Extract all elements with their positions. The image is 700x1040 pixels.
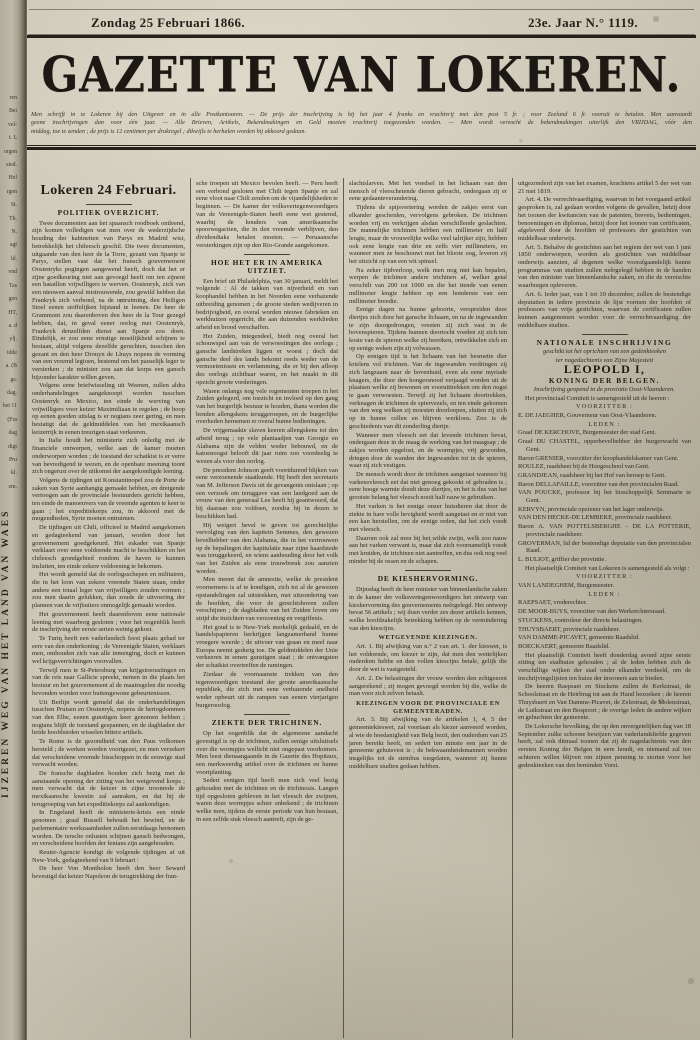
- margin-fragment: rgen: [0, 186, 17, 199]
- text-block: Wanneer men vleesch eet dat levende tric…: [349, 432, 507, 471]
- masthead-heavy-rule: [27, 35, 696, 38]
- text-block: In Engeland heeft de ministerie-krisis e…: [32, 809, 185, 848]
- text-block: HOE HET ER IN AMERIKA UITZIET.: [196, 259, 338, 274]
- text-block: Het wordt gemeld dat de oorlogsschepen e…: [32, 571, 185, 610]
- text-block: Op het oogenblik dat de algemeene aandac…: [196, 730, 338, 776]
- text-block: Eenige dagen na hunne geboorte, versprei…: [349, 306, 507, 352]
- text-block: De Lokersche bevolking, die op den onver…: [518, 723, 691, 769]
- issue-number: 23e. Jaar N.° 1119.: [528, 15, 638, 31]
- margin-fragment: Hel: [0, 172, 17, 185]
- text-block: RAEPSAET, vrederechter.: [518, 599, 691, 607]
- text-block: De president Johnson geeft voortdurend b…: [196, 467, 338, 521]
- text-block: In Italie houdt het ministerie zich onle…: [32, 437, 185, 476]
- text-block: De vrijgemaakte slaven keeren allengsken…: [196, 427, 338, 466]
- text-block: Volgens de tijdingen uit Konstantinopel …: [32, 477, 185, 523]
- margin-fragment: vel-: [0, 119, 17, 132]
- text-block: Lokeren 24 Februari.: [32, 182, 185, 199]
- text-block: DE KIESHERVORMING.: [349, 575, 507, 583]
- text-block: Art. 4. De verrechtvaardiging, waarvan i…: [518, 196, 691, 242]
- notice-line: middag, toe te zenden ; de prijs is 12 c…: [31, 128, 692, 136]
- text-block: L. BULIOT, griffier der provintie.: [518, 556, 691, 564]
- text-block: Art. 1. Bij afwijking van n.° 2 van art.…: [349, 643, 507, 674]
- text-block: KONING DER BELGEN.: [518, 377, 691, 385]
- text-block: Reuter-Agencie kondigt de volgende tijdi…: [32, 849, 185, 864]
- text-block: VAN POUCKE, professor bij het bisschoppe…: [518, 489, 691, 504]
- text-block: Het plaatselijk Comiteit heeft donderdag…: [518, 652, 691, 683]
- text-block: Twee documenten aan het spaansch roodboe…: [32, 220, 185, 382]
- text-block: Dijnsdag heeft de heer minister van binn…: [349, 586, 507, 632]
- text-block: VAN LANDEGHEM, Burgemeester.: [518, 582, 691, 590]
- text-block: BOECKAERT, gemeente Raadslid.: [518, 643, 691, 651]
- margin-fragment: HT,: [0, 307, 17, 320]
- margin-fragment: ld.: [0, 253, 17, 266]
- text-block: Uit Berlijn wordt gemeld dat de onderhan…: [32, 699, 185, 738]
- text-block: ZIEKTE DER TRICHINEN.: [196, 719, 338, 727]
- text-block: WETGEVENDE KIEZINGEN.: [349, 634, 507, 642]
- text-block: [86, 204, 132, 205]
- text-block: POLITIEK OVERZICHT.: [32, 209, 185, 217]
- text-block: GROVERMAN, lid der bestendige deputatie …: [518, 540, 691, 555]
- text-block: De fransche dagbladen houden zich bezig …: [32, 770, 185, 809]
- margin-fragment: agt: [0, 239, 17, 252]
- text-block: Waren onlangs nog vele regementen troepe…: [196, 388, 338, 427]
- newspaper-page: renBeivel-t. Lorgensied.HelrgenSt.Th.N.a…: [0, 0, 700, 1040]
- text-block: slachtslarven. Met het voedsel in het li…: [349, 180, 507, 203]
- text-block: Inschrijving geopend in de provintie Oos…: [518, 386, 691, 394]
- text-block: VOORZITTER :: [518, 573, 691, 581]
- text-block: [405, 570, 451, 571]
- text-block: Art. 5. Behalve de gestichten aan het re…: [518, 244, 691, 290]
- margin-fragment: sied.: [0, 159, 17, 172]
- margin-fragment: Bei: [0, 105, 17, 118]
- text-block: De mensch wordt door de trichinen aanget…: [349, 471, 507, 502]
- text-block: Art. 3. Bij afwijking van de artikelen 1…: [349, 716, 507, 770]
- masthead-double-rule: [27, 145, 696, 150]
- margin-fragment: ylj.: [0, 333, 17, 346]
- text-block: Baron GRENIER, voorzitter der koophandel…: [518, 455, 691, 463]
- text-block: Ziedaar de voornaamste trekken van den t…: [196, 671, 338, 710]
- text-block: Te Rome is de gezondheid van den Paus vo…: [32, 738, 185, 769]
- margin-fragment: a. d: [0, 320, 17, 333]
- text-block: Graaf DE KERCHOVE, Burgemeester der stad…: [518, 429, 691, 437]
- text-block: GRANDJEAN, raadsheer bij het Hof van ber…: [518, 472, 691, 480]
- text-block: De heer Von Montholon heeft den heer Sew…: [32, 865, 185, 880]
- text-block: Het gouvernement heeft daarenboven eene …: [32, 611, 185, 634]
- text-block: THUYSBAERT, provinciale raadsheer.: [518, 626, 691, 634]
- margin-fragment: N.: [0, 226, 17, 239]
- text-block: Art. 6. Ieder jaar, van 1 tot 10 decembe…: [518, 291, 691, 330]
- notice-line: geene inschrijvingen dan voor één jaar. …: [31, 119, 692, 127]
- margin-fragment: orgen: [0, 146, 17, 159]
- margin-fragment: idde: [0, 347, 17, 360]
- newspaper-title: GAZETTE VAN LOKEREN.: [27, 46, 696, 105]
- text-block: LEDEN :: [518, 421, 691, 429]
- text-block: Terwijl men te St-Petersburg van krijgst…: [32, 667, 185, 698]
- text-block: NATIONALE INSCHRIJVING: [518, 339, 691, 347]
- text-block: DE MOOR-BUYS, voorzitter van den Werkrec…: [518, 608, 691, 616]
- text-block: De tijdingen uit Chili, officieel te Mad…: [32, 524, 185, 570]
- column-1: Lokeren 24 Februari.POLITIEK OVERZICHT.T…: [27, 178, 190, 1038]
- subscription-notice: Men schrijft in te Lokeren bij den Uitge…: [31, 111, 692, 136]
- text-block: Art. 2. De belastingen der vrouw worden …: [349, 675, 507, 698]
- text-block: Baron DELLAFAILLE, voorzitter van den pr…: [518, 481, 691, 489]
- text-block: KIEZINGEN VOOR DE PROVINCIALE EN GEMEENT…: [349, 700, 507, 715]
- text-block: [244, 714, 290, 715]
- column-3: slachtslarven. Met het voedsel in het li…: [343, 178, 512, 1038]
- masthead-date-row: Zondag 25 Februari 1866. 23e. Jaar N.° 1…: [27, 10, 696, 33]
- text-block: Het provinciaal Comiteit is samengesteld…: [518, 395, 691, 403]
- text-block: Het goud is te New-York merkelijk gedaal…: [196, 624, 338, 670]
- adjacent-page-strip: renBeivel-t. Lorgensied.HelrgenSt.Th.N.a…: [0, 0, 27, 1040]
- text-block: Daarom ook zal men bij het wilde zwijn, …: [349, 535, 507, 566]
- text-block: De heeren Raepsaet en Stuckens zullen de…: [518, 683, 691, 722]
- text-block: Tijdens de spijsvertering worden de zakj…: [349, 204, 507, 266]
- text-block: LEOPOLD I,: [518, 366, 691, 374]
- margin-fragment: St.: [0, 199, 17, 212]
- text-block: uitgezonderd zijn van het examen, kracht…: [518, 180, 691, 195]
- text-block: KERVYN, provinciale opziener van het lag…: [518, 506, 691, 514]
- text-block: LEDEN :: [518, 591, 691, 599]
- text-block: VAN DAMME-PICAVET, gemeente Raadslid.: [518, 634, 691, 642]
- column-2: sche troepen uit Mexico bevolen heeft. —…: [190, 178, 343, 1038]
- margin-fragment: Th.: [0, 213, 17, 226]
- margin-fragment: gen: [0, 293, 17, 306]
- text-block: Het Zuiden, integendeel, biedt nog overa…: [196, 333, 338, 387]
- text-block: Op eenigen tijd is het lichaam van het b…: [349, 353, 507, 430]
- text-block: Het plaatselijk Comiteit van Lokeren is …: [518, 565, 691, 573]
- text-block: Sedert eenigen tijd heeft men zich veel …: [196, 777, 338, 823]
- text-block: STUCKENS, controleur der directe belasti…: [518, 617, 691, 625]
- text-block: Graaf DU CHASTEL, opperbevelhebber der b…: [518, 438, 691, 453]
- text-block: ROULEZ, raadsheer bij de Hoogeschool van…: [518, 463, 691, 471]
- text-block: [244, 254, 290, 255]
- margin-fragment: vnd: [0, 266, 17, 279]
- column-4: uitgezonderd zijn van het examen, kracht…: [512, 178, 696, 1038]
- text-block: Baron A. VAN POTTELSBERGHE - DE LA POTTE…: [518, 523, 691, 538]
- text-block: geschikt tot het oprichten van een geden…: [518, 348, 691, 356]
- page-content: Zondag 25 Februari 1866. 23e. Jaar N.° 1…: [27, 0, 696, 1040]
- text-block: VOORZITTER :: [518, 403, 691, 411]
- paper-specks: [0, 0, 2, 2]
- vertical-margin-text: IJZEREN WEG VAN HET LAND VAN WAES: [1, 368, 16, 798]
- text-block: E. DE JAEGHER, Gouverneur van Oost-Vlaan…: [518, 412, 691, 420]
- text-block: Hij weigert bevel te geven tot gerechtel…: [196, 522, 338, 576]
- notice-line: Men schrijft in te Lokeren bij den Uitge…: [31, 111, 692, 119]
- text-block: VAN DEN HECKE-DE LEMBEKE, provinciale ra…: [518, 514, 691, 522]
- column-area: Lokeren 24 Februari.POLITIEK OVERZICHT.T…: [27, 178, 696, 1038]
- margin-fragment: Tas: [0, 280, 17, 293]
- margin-fragment: t. L: [0, 132, 17, 145]
- margin-fragment: ren: [0, 92, 17, 105]
- text-block: Een brief uit Philadelphia, van 30 janua…: [196, 278, 338, 332]
- text-block: Na zeker tijdverloop, welk men nog niet …: [349, 267, 507, 306]
- text-block: sche troepen uit Mexico bevolen heeft. —…: [196, 180, 338, 249]
- masthead-date: Zondag 25 Februari 1866.: [91, 15, 245, 31]
- text-block: Men meent dat de amnestie, welke de pres…: [196, 576, 338, 622]
- text-block: Het varken is het eenige onzer huisdiere…: [349, 503, 507, 534]
- text-block: Te Turin heeft een vaderlandsch feest pl…: [32, 635, 185, 666]
- text-block: Volgens eene briefwisseling uit Weenen, …: [32, 382, 185, 436]
- text-block: [582, 334, 628, 335]
